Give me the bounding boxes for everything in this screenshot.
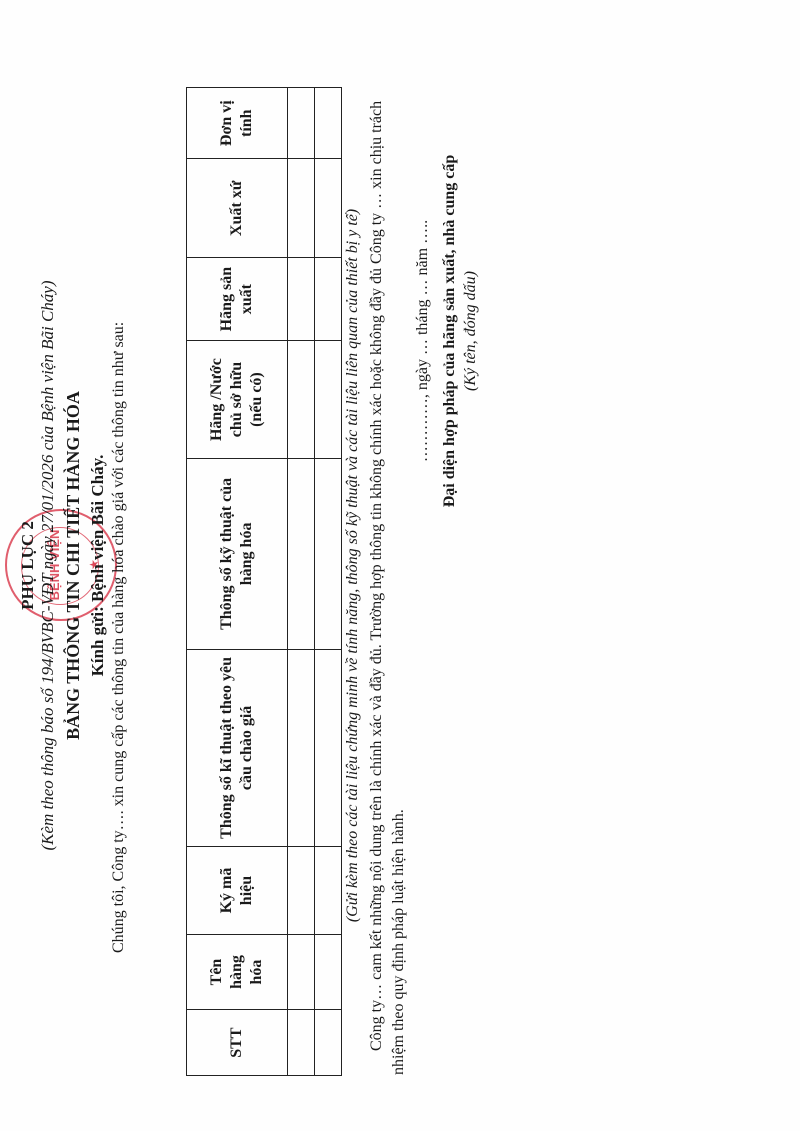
commitment-paragraph: Công ty… cam kết những nội dung trên là … — [366, 65, 410, 1075]
appendix-title: PHỤ LỤC 2 — [18, 0, 38, 1131]
cell — [288, 847, 315, 935]
col-owner-country: Hãng /Nước chủ sở hữu (nếu có) — [187, 340, 288, 458]
col-unit: Đơn vị tính — [187, 88, 288, 159]
table-heading: BẢNG THÔNG TIN CHI TIẾT HÀNG HÓA — [63, 0, 84, 1131]
cell — [315, 934, 342, 1009]
cell — [288, 1010, 315, 1076]
recipient-label: Kính gửi: — [88, 606, 107, 676]
attachment-note: (Gửi kèm theo các tài liệu chứng minh về… — [344, 0, 362, 1131]
recipient-line: Kính gửi: Bệnh viện Bãi Cháy. — [88, 0, 108, 1131]
col-model-code: Ký mã hiệu — [187, 847, 288, 935]
signatory-note: (Ký tên, đóng dấu) — [462, 151, 480, 511]
cell — [315, 88, 342, 159]
cell — [288, 934, 315, 1009]
cell — [288, 88, 315, 159]
cell — [315, 847, 342, 935]
table-row — [315, 88, 342, 1076]
table-row — [288, 88, 315, 1076]
col-manufacturer: Hãng sản xuất — [187, 258, 288, 341]
recipient-name: Bệnh viện Bãi Cháy. — [88, 455, 107, 602]
appendix-subtitle: (Kèm theo thông báo số 194/BVBC-VĐT ngày… — [38, 0, 58, 1131]
cell — [288, 258, 315, 341]
col-goods-name: Tên hàng hóa — [187, 934, 288, 1009]
cell — [288, 459, 315, 649]
cell — [315, 649, 342, 847]
cell — [288, 159, 315, 258]
cell — [315, 1010, 342, 1076]
cell — [315, 159, 342, 258]
col-goods-specs: Thông số kỹ thuật của hàng hóa — [187, 459, 288, 649]
table-header-row: STT Tên hàng hóa Ký mã hiệu Thông số kĩ … — [187, 88, 288, 1076]
col-stt: STT — [187, 1010, 288, 1076]
cell — [288, 340, 315, 458]
cell — [288, 649, 315, 847]
cell — [315, 258, 342, 341]
date-line: …………, ngày … tháng … năm ….. — [414, 191, 432, 491]
cell — [315, 340, 342, 458]
col-origin: Xuất xứ — [187, 159, 288, 258]
signatory-title: Đại diện hợp pháp của hãng sản xuất, nhà… — [441, 151, 459, 511]
goods-info-table: STT Tên hàng hóa Ký mã hiệu Thông số kĩ … — [186, 87, 342, 1076]
col-required-specs: Thông số kĩ thuật theo yêu cầu chào giá — [187, 649, 288, 847]
document-page: BỆNH VIỆN ★ PHỤ LỤC 2 (Kèm theo thông bá… — [0, 0, 800, 1131]
intro-text: Chúng tôi, Công ty…. xin cung cấp các th… — [110, 322, 128, 953]
cell — [315, 459, 342, 649]
